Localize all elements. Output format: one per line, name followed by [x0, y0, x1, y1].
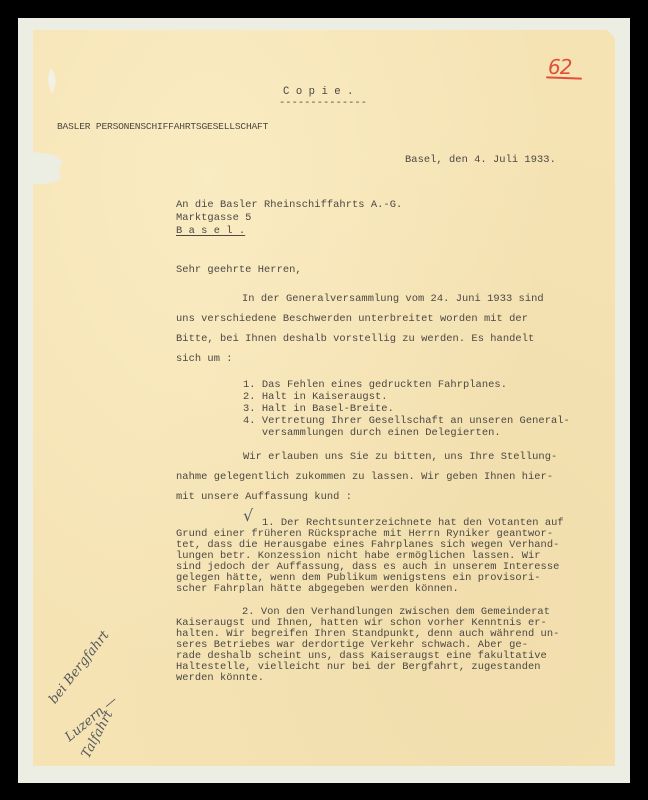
intro-line: sich um :: [176, 353, 233, 365]
folio-number: 62: [548, 55, 571, 79]
complaint-item: 4. Vertretung Ihrer Gesellschaft an unse…: [243, 415, 570, 427]
complaint-item: 3. Halt in Basel-Breite.: [243, 403, 394, 415]
intro-line: uns verschiedene Beschwerden unterbreite…: [176, 313, 528, 325]
intro-line: Bitte, bei Ihnen deshalb vorstellig zu w…: [176, 333, 534, 345]
request-line: mit unsere Auffassung kund :: [176, 491, 352, 503]
heading-underline: --------------: [279, 97, 367, 109]
intro-line: In der Generalversammlung vom 24. Juni 1…: [242, 293, 544, 305]
sender-name: BASLER PERSONENSCHIFFAHRTSGESELLSCHAFT: [57, 121, 268, 133]
date-line: Basel, den 4. Juli 1933.: [405, 154, 556, 166]
point2-line: werden könnte.: [176, 672, 264, 684]
salutation: Sehr geehrte Herren,: [176, 264, 302, 276]
request-line: Wir erlauben uns Sie zu bitten, uns Ihre…: [243, 451, 557, 463]
complaint-item: 1. Das Fehlen eines gedruckten Fahrplane…: [243, 379, 507, 391]
point1-line: scher Fahrplan hätte abgegeben werden kö…: [176, 583, 459, 595]
recipient-line-2: Marktgasse 5: [176, 212, 251, 224]
check-mark: √: [243, 506, 253, 525]
request-line: nahme gelegentlich zukommen zu lassen. W…: [176, 471, 553, 483]
complaint-item: versammlungen durch einen Delegierten.: [243, 427, 501, 439]
recipient-line-3: B a s e l .: [176, 225, 245, 237]
complaint-item: 2. Halt in Kaiseraugst.: [243, 391, 388, 403]
recipient-line-1: An die Basler Rheinschiffahrts A.-G.: [176, 199, 402, 211]
